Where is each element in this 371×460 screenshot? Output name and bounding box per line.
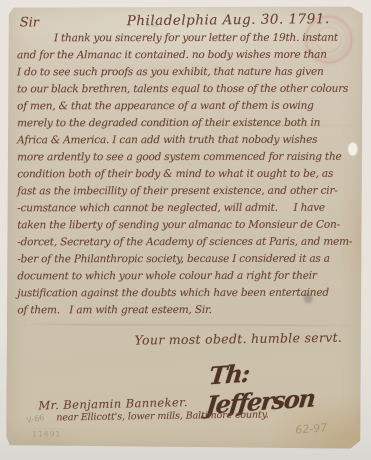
letter-line: -ber of the Philanthropic society, becau… — [17, 251, 361, 269]
paper-crease — [7, 323, 362, 326]
letter-line: fast as the imbecillity of their present… — [17, 183, 361, 201]
letter-line: -dorcet, Secretary of the Academy of sci… — [17, 234, 361, 252]
pencil-annotation-bottom-left-2: 11491 — [32, 429, 61, 438]
letter-line: condition both of their body & mind to w… — [17, 166, 361, 184]
letter-line: merely to the degraded condition of thei… — [17, 115, 361, 133]
letter-line: Africa & America. I can add with truth t… — [17, 132, 361, 150]
address-location: near Ellicott's, lower mills, Baltimore … — [56, 409, 268, 423]
letter-line: document to which your whole colour had … — [17, 268, 361, 286]
letter-line: -cumstance which cannot be neglected, wi… — [17, 200, 361, 218]
letter-line: to our black brethren, talents equal to … — [17, 81, 361, 99]
letter-line: taken the liberty of sending your almana… — [17, 217, 361, 235]
salutation: Sir — [20, 15, 39, 30]
letter-body: I thank you sincerely for your letter of… — [17, 30, 362, 320]
closing-line: Your most obedt. humble servt. — [135, 330, 343, 348]
letter-paper: Sir Philadelphia Aug. 30. 1791. 442 I th… — [6, 5, 363, 448]
letter-line: of them. I am with great esteem, Sir. — [17, 302, 361, 320]
letter-line: justification against the doubts which h… — [17, 285, 361, 303]
letter-line: I thank you sincerely for your letter of… — [17, 30, 361, 48]
letter-line: I do to see such proofs as you exhibit, … — [17, 64, 361, 82]
letter-photo: Sir Philadelphia Aug. 30. 1791. 442 I th… — [0, 0, 371, 460]
address-recipient: Mr. Benjamin Banneker. — [38, 395, 188, 412]
pencil-annotation-bottom-left-1: V-66 — [26, 413, 45, 425]
letter-line: more ardently to see a good system comme… — [17, 149, 361, 167]
letter-line: of men, & that the appearance of a want … — [17, 98, 361, 116]
letter-line: and for the Almanac it contained. no bod… — [17, 47, 361, 65]
pencil-annotation-bottom-right: 62-97 — [295, 421, 328, 437]
pencil-annotation-top: 442 — [145, 20, 159, 29]
